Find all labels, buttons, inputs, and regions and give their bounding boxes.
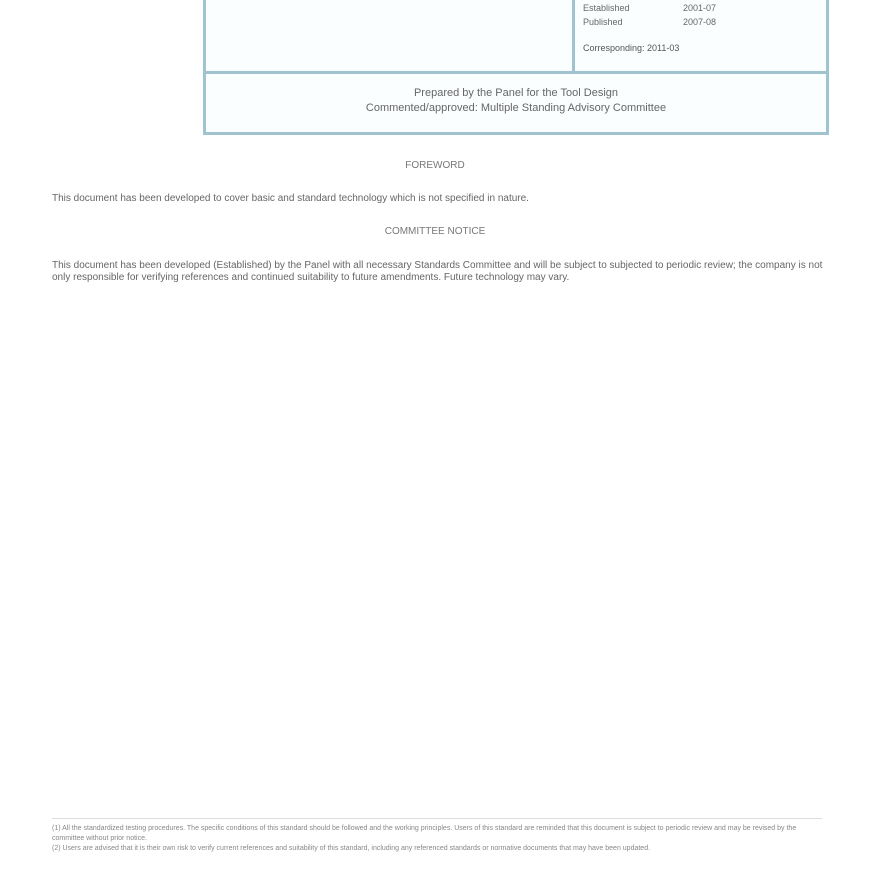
meta-value: 2007-08 — [683, 15, 743, 29]
header-title-section: Prepared by the Panel for the Tool Desig… — [206, 74, 826, 132]
committee-notice-paragraph: This document has been developed (Establ… — [52, 260, 832, 284]
meta-row-published: Published 2007-08 — [583, 15, 818, 29]
meta-value: 2001-07 — [683, 1, 743, 15]
document-title-line-2: Commented/approved: Multiple Standing Ad… — [206, 101, 826, 116]
meta-label: Published — [583, 15, 683, 29]
footer-note-1: (1) All the standardized testing procedu… — [52, 824, 822, 844]
foreword-heading: FOREWORD — [0, 160, 870, 171]
document-header-box: Established 2001-07 Published 2007-08 Co… — [203, 0, 829, 135]
meta-label: Established — [583, 1, 683, 15]
foreword-paragraph: This document has been developed to cove… — [52, 193, 832, 205]
header-top-section: Established 2001-07 Published 2007-08 Co… — [206, 0, 826, 74]
footer-divider — [52, 818, 822, 819]
document-title-line-1: Prepared by the Panel for the Tool Desig… — [206, 86, 826, 101]
meta-row-established: Established 2001-07 — [583, 1, 818, 15]
footer-notes: (1) All the standardized testing procedu… — [52, 824, 822, 854]
corresponding-reference: Corresponding: 2011-03 — [583, 43, 818, 53]
header-left-cell — [206, 0, 572, 71]
header-meta-cell: Established 2001-07 Published 2007-08 Co… — [572, 0, 826, 71]
footer-note-2: (2) Users are advised that it is their o… — [52, 844, 822, 854]
committee-notice-heading: COMMITTEE NOTICE — [0, 226, 870, 237]
